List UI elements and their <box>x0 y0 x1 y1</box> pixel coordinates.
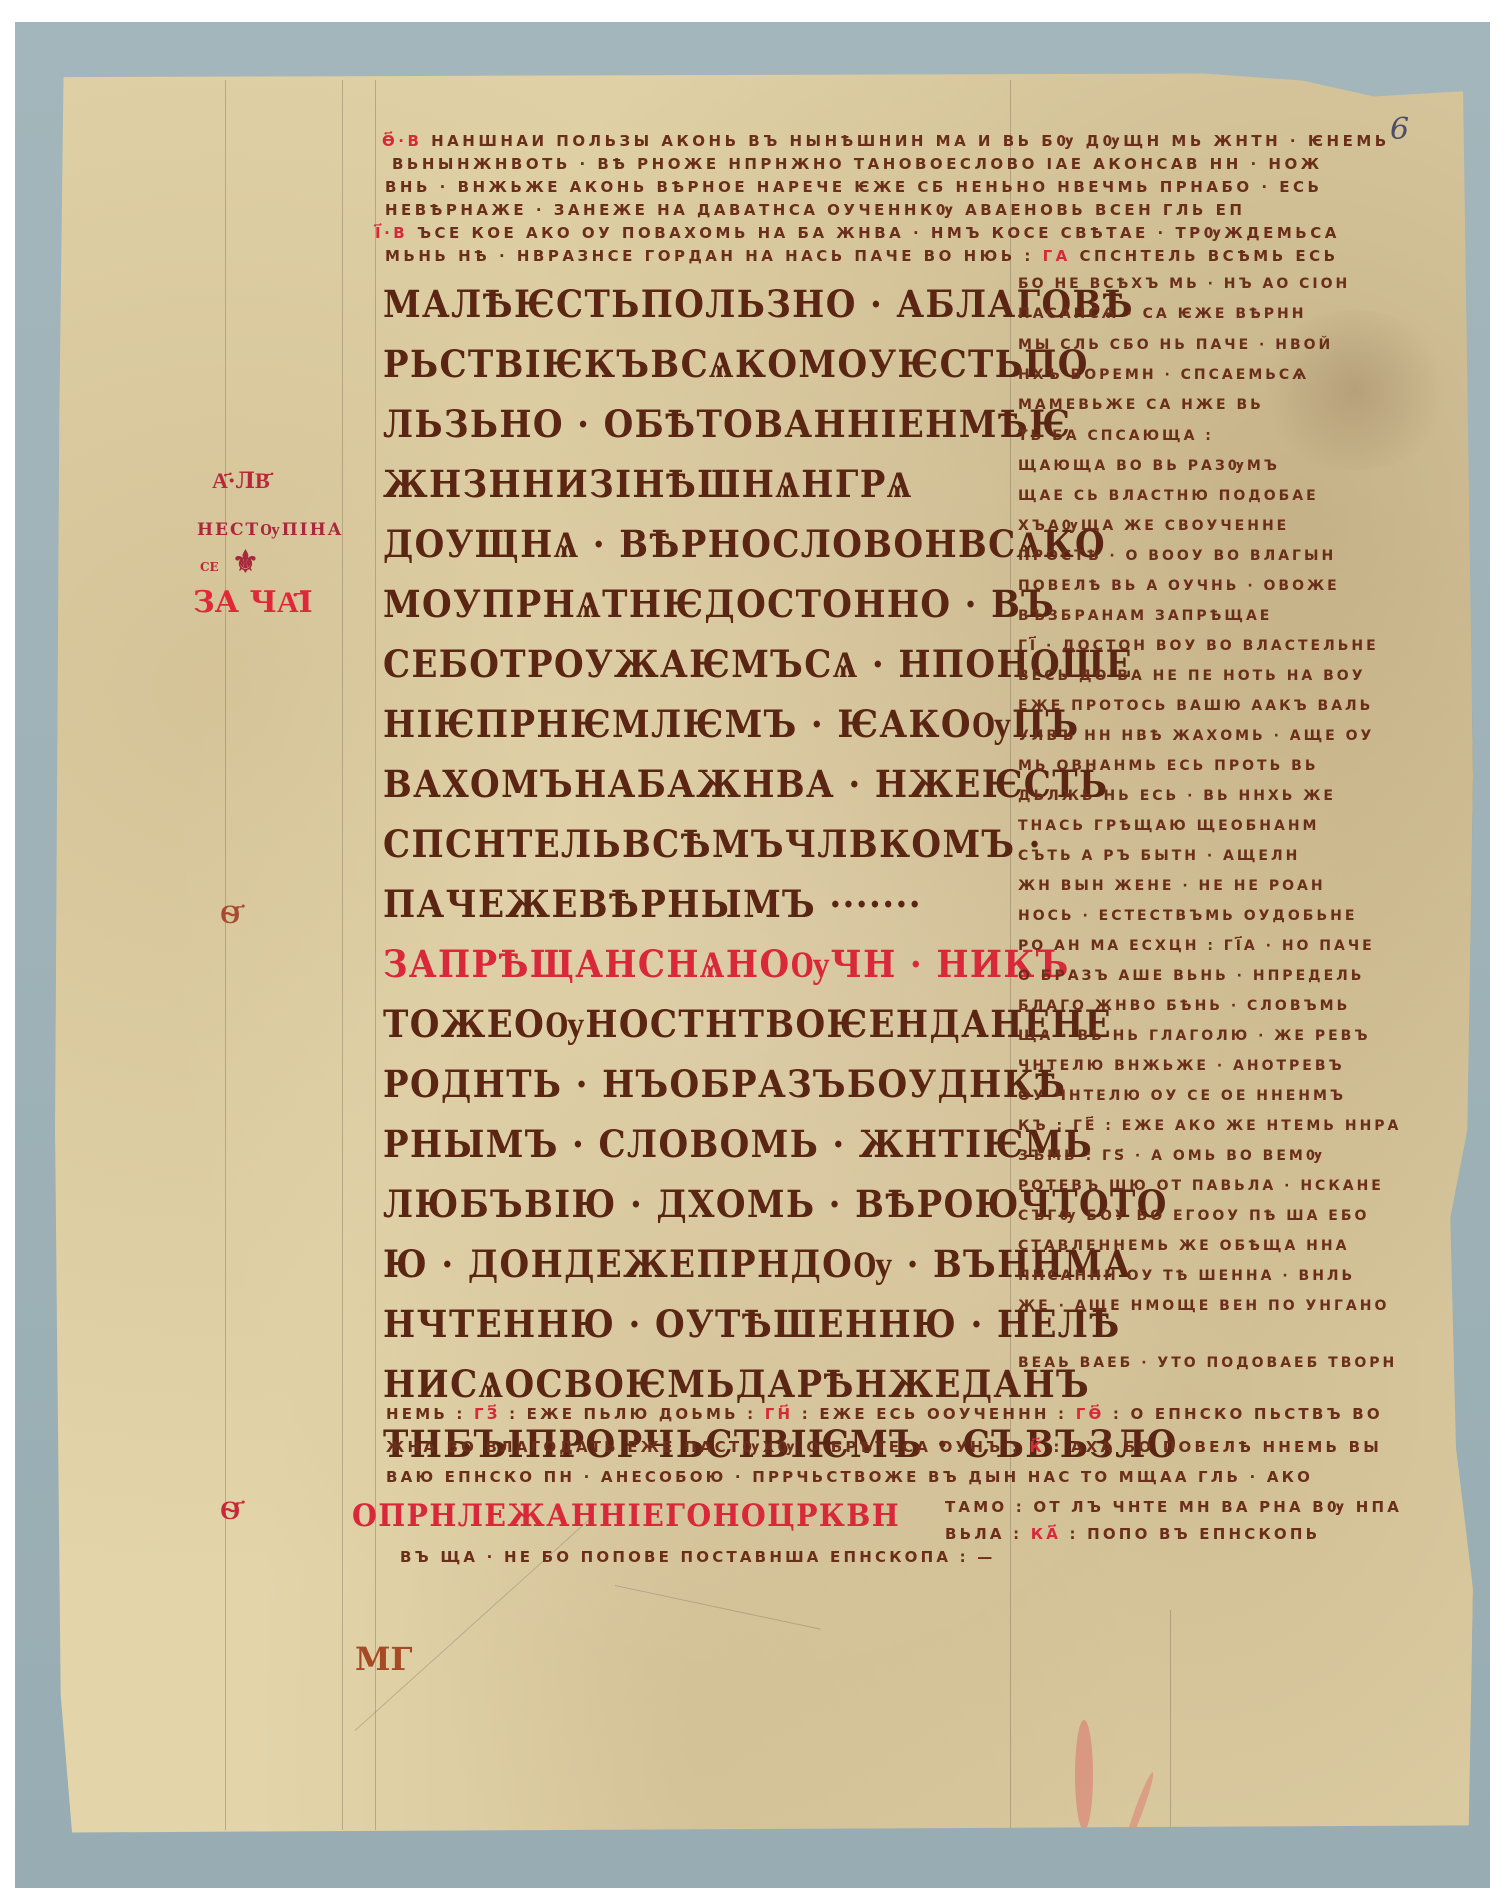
fleuron-icon: ⚜ <box>232 545 259 580</box>
commentary-line: ТНАСЬ ГРѢЩАЮ ЩЕОБНАНМ <box>1018 818 1319 834</box>
commentary-line: ВЕСЬ ДО ВА НЕ ПЕ НОТЬ НА ВОУ <box>1018 668 1366 684</box>
gloss-line: ВНЬ · ВНЖЬЖЕ АКОНЬ ВѢРНОЕ НАРЕЧЕ ѤЖЕ СБ … <box>385 178 1322 196</box>
commentary-line: ЩАЮЩА ВО ВЬ РАЗѸМЪ <box>1018 458 1280 474</box>
commentary-line: ЖЕ · АЩЕ НМОЩЕ ВЕН ПО УНГАНО <box>1018 1298 1389 1314</box>
folio-number: 6 <box>1390 112 1409 147</box>
commentary-line: МАМЕВЬЖЕ СА НЖЕ ВЬ <box>1018 397 1264 413</box>
gloss-line: Ѳ҃·В НАНШНАИ ПОЛЬЗЫ АКОНЬ ВЪ НЫНѢШНИН МА… <box>382 132 1390 150</box>
commentary-line: ВЪЗБРАНАМ ЗАПРѢЩАЕ <box>1018 608 1272 624</box>
commentary-line: СЪГѸ БОУ БО ЕГООУ ПѢ ША ЕБО <box>1018 1208 1369 1224</box>
commentary-line: МЫ СЛЬ СБО НЬ ПАЧЕ · НВОЙ <box>1018 337 1333 353</box>
commentary-line: ПОВЕЛѢ ВЬ А ОУЧНЬ · ОВОЖЕ <box>1018 578 1340 594</box>
commentary-line: ПНСАННН ОУ ТѢ ШЕННА · ВНЛЬ <box>1018 1268 1355 1284</box>
margin-note-se: СЕ <box>200 560 219 574</box>
main-line: РОДНТЬ · НЪОБРАЗЪБОУДНКѢ <box>383 1062 1066 1106</box>
parchment-crack <box>615 1585 821 1630</box>
commentary-line: УЛВЪ НН НВѢ ЖАХОМЬ · АЩЕ ОУ <box>1018 728 1374 744</box>
commentary-line: СЪТЬ А РЪ БЫТН · АЩЕЛН <box>1018 848 1300 864</box>
main-line: ВАХОМЪНАБАЖНВА · НЖЕѤСТЬ <box>383 762 1108 806</box>
red-initial: І҃·В <box>375 224 408 242</box>
commentary-line: ЗЪМЬ : ГЅ҃ · А ОМЬ ВО ВЕМѸ <box>1018 1148 1325 1164</box>
section-marker-theta: Ѳ҃ <box>220 1496 240 1526</box>
quire-signature: МГ <box>355 1640 413 1678</box>
commentary-line: БО НЕ ВСѢХЪ МЬ · НЪ АО СІОН <box>1018 276 1350 292</box>
commentary-line: КЪ : ГЕ҃ : ЕЖЕ АКО ЖЕ НТЕМЬ ННРА <box>1018 1118 1401 1134</box>
commentary-line: МЬ ОВНАНМЬ ЕСЬ ПРОТЬ ВЬ <box>1018 758 1319 774</box>
commentary-line: ЖН ВЫН ЖЕНЕ · НЕ НЕ РОАН <box>1018 878 1326 894</box>
commentary-line: ХЪАѸЩА ЖЕ СВОУЧЕННЕ <box>1018 518 1289 534</box>
gloss-line: І҃·В ЪСЕ КОЕ АКО ОУ ПОВАХОМЬ НА БА ЖНВА … <box>375 224 1340 242</box>
footer-gloss-line: ВЬЛА : КА҃ : ПОПО ВЪ ЕПНСКОПЬ <box>945 1525 1320 1543</box>
section-marker-theta: Ѳ҃ <box>220 900 240 930</box>
main-line: РЬСТВІѤКЪВСѦКОМОУѤСТЬПО <box>383 342 1089 387</box>
main-line: СПСНТЕЛЬВСѢМЪЧЛВКОМЪ · <box>383 822 1042 866</box>
commentary-line: ТЬ БА СПСАЮЩА : <box>1018 428 1214 444</box>
commentary-line: ОУ ЧНТЕЛЮ ОУ СЕ ОЕ ННЕНМЪ <box>1018 1088 1346 1104</box>
ruling-line <box>375 80 376 1830</box>
ruling-line <box>342 80 343 1830</box>
red-numeral: ГА <box>1043 247 1071 265</box>
commentary-line: ГІ҃ · ДОСТОН ВОУ ВО ВЛАСТЕЛЬНЕ <box>1018 638 1379 654</box>
gloss-line: МЬНЬ НѢ · НВРАЗНСЕ ГОРДАН НА НАСЬ ПАЧЕ В… <box>385 247 1339 265</box>
margin-note-reading: ЗА ЧА҃І <box>193 585 313 620</box>
stain <box>1255 310 1455 470</box>
main-line: ПАЧЕЖЕВѢРНЫМЪ ······· <box>383 882 922 926</box>
commentary-line: ЕЖЕ ПРОТОСЬ ВАШЮ ААКЪ ВАЛЬ <box>1018 698 1373 714</box>
main-line: НІѤПРНѤМЛѤМЪ · ѤАКОѸПЪ <box>383 702 1080 747</box>
commentary-line: ЩА · ВЬ НЬ ГЛАГОЛЮ · ЖЕ РЕВЪ <box>1018 1028 1371 1044</box>
footer-gloss-line: ЖНА ВО ВЛАГОДАТЬ ЕЖЕ ПАСТѸХѸ О БРѢТЕСА О… <box>386 1438 1382 1456</box>
red-initial: Ѳ҃·В <box>382 132 422 150</box>
footer-gloss-line: ТАМО : ОТ ЛЪ ЧНТЕ МН ВА РНА ВѸ НПА <box>945 1498 1402 1516</box>
commentary-line: СТАВЛЕННЕМЬ ЖЕ ОБѢЩА ННА <box>1018 1238 1349 1254</box>
margin-note-numeral: А҃·ЛВ҃ <box>212 468 270 494</box>
commentary-line: ВЕАЬ ВАЕБ · УТО ПОДОВАЕБ ТВОРН <box>1018 1355 1397 1371</box>
ruling-line <box>225 80 226 1830</box>
commentary-line: НОСЬ · ЕСТЕСТВЪМЬ ОУДОБЬНЕ <box>1018 908 1357 924</box>
main-line: ТОЖЕОѸНОСТНТВОѤЕНДАНЕНЕ <box>383 1002 1112 1047</box>
ruling-line <box>1170 1610 1171 1830</box>
commentary-line: РО АН МА ЕСХЦН : ГІ҃А · НО ПАЧЕ <box>1018 938 1375 954</box>
commentary-line: БЛАГО ЖНВО БѢНЬ · СЛОВЪМЬ <box>1018 998 1350 1014</box>
red-stain <box>1075 1720 1093 1830</box>
commentary-line: ДЬЛЖЬ НЬ ЕСЬ · ВЬ ННХЬ ЖЕ <box>1018 788 1336 804</box>
main-line: НЧТЕННЮ · ОУТѢШЕННЮ · НЕЛѢ <box>383 1302 1121 1346</box>
gloss-line: НЕВѢРНАЖЕ · ЗАНЕЖЕ НА ДАВАТНСА ОУЧЕННКѸ … <box>385 201 1245 219</box>
commentary-line: О БРАЗЪ АШЕ ВЬНЬ · НПРЕДЕЛЬ <box>1018 968 1364 984</box>
footer-gloss-line: ВАЮ ЕПНСКО ПН · АНЕСОБОЮ · ПРРЧЬСТВОЖЕ В… <box>386 1468 1313 1486</box>
commentary-line: НХЪ ВОРЕМН · СПСАЕМЬСѦ <box>1018 367 1309 383</box>
footer-gloss-line: ВЪ ЩА · НЕ БО ПОПОВЕ ПОСТАВНША ЕПНСКОПА … <box>400 1548 995 1566</box>
main-line: ДОУЩНѦ · ВѢРНОСЛОВОНВСѦКО <box>383 522 1106 567</box>
rubric-line: ЗАПРѢЩАНСНѦНОѸЧН · НИКЪ <box>383 942 1070 987</box>
main-line: ЖНЗННИЗІНѢШНѦНГРѦ <box>383 462 913 507</box>
main-line: МОУПРНѦТНѤДОСТОННО · ВЪ <box>383 582 1055 627</box>
margin-note-heading: НЕСТѸПІНА <box>197 520 344 540</box>
commentary-line: ЩАЕ СЬ ВЛАСТНЮ ПОДОБАЕ <box>1018 488 1319 504</box>
commentary-line: ЧНТЕЛЮ ВНЖЬЖЕ · АНОТРЕВЪ <box>1018 1058 1345 1074</box>
main-line: НИСѦОСВОѤМЬДАРѢНЖЕДАНЪ <box>383 1362 1090 1407</box>
commentary-line: ПРОСТѢ · О ВООУ ВО ВЛАГЫН <box>1018 548 1336 564</box>
gloss-line: ВЬНЫНЖНВОТЬ · ВѢ РНОЖЕ НПРНЖНО ТАНОВОЕСЛ… <box>392 155 1323 173</box>
main-line: ЛЬЗЬНО · ОБѢТОВАННІЕНМѢѤ <box>383 402 1071 446</box>
main-line: РНЫМЪ · СЛОВОМЬ · ЖНТІѤМЬ <box>383 1122 1093 1166</box>
commentary-line: ПАСАНСѦ · СА ѤЖЕ ВѢРНН <box>1018 306 1306 322</box>
bottom-rubric: ОПРНЛЕЖАННІЕГОНОЦРКВН <box>352 1498 900 1534</box>
footer-gloss-line: НЕМЬ : ГЗ҃ : ЕЖЕ ПЬЛЮ ДОЬМЬ : ГН҃ : ЕЖЕ … <box>386 1405 1383 1423</box>
commentary-line: РОТЕВЪ ШЮ ОТ ПАВЬЛА · НСКАНЕ <box>1018 1178 1384 1194</box>
